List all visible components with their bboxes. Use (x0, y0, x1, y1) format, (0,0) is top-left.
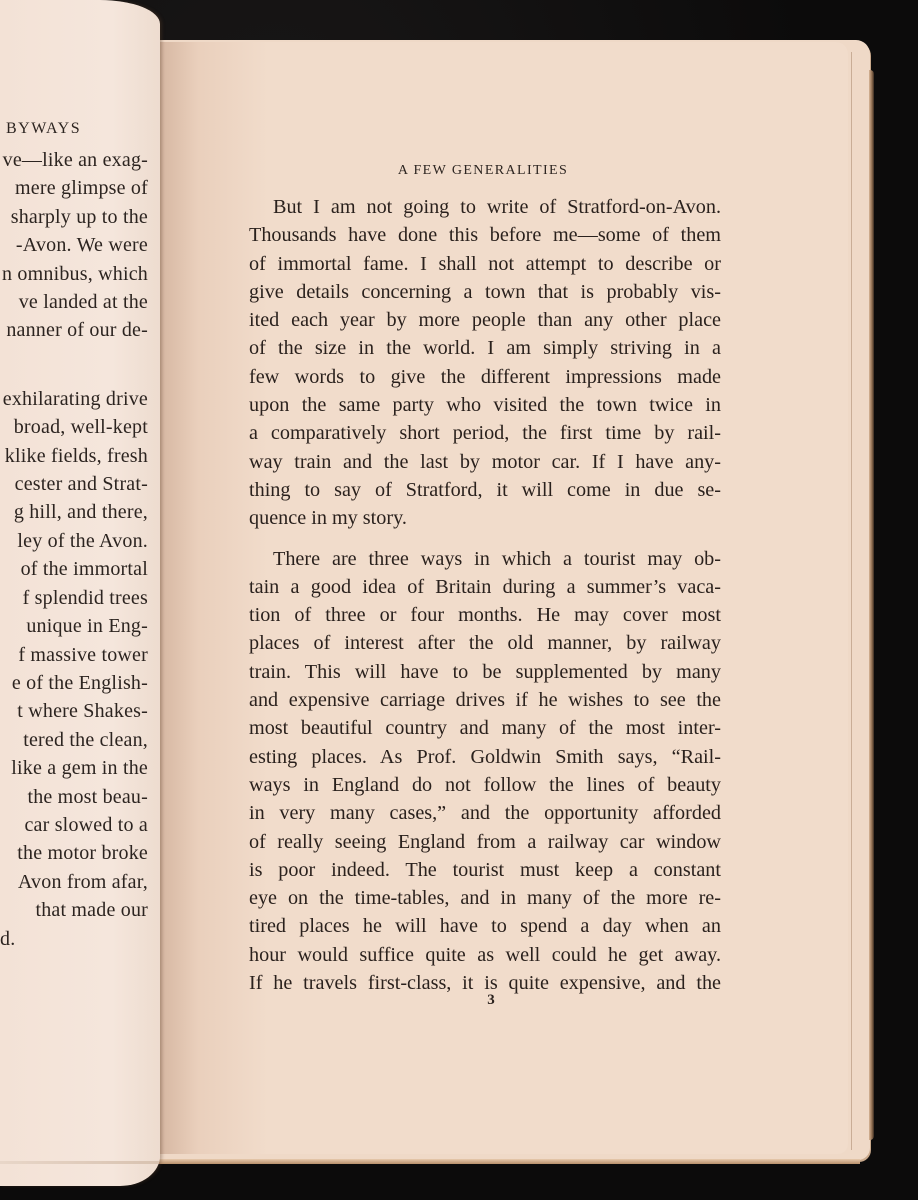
text-line: of immortal fame. I shall not attempt to… (249, 250, 721, 278)
running-head-right: A FEW GENERALITIES (246, 163, 720, 179)
text-line: hour would suffice quite as well could h… (249, 941, 721, 969)
text-line: tion of three or four months. He may cov… (249, 601, 721, 629)
text-line: f massive tower (0, 641, 148, 669)
text-line: unique in Eng- (0, 612, 148, 640)
text-line: in very many cases,” and the opportunity… (249, 799, 721, 827)
text-line: of the size in the world. I am simply st… (249, 334, 721, 362)
page-edge-line (851, 52, 852, 1150)
text-line: mere glimpse of (0, 174, 148, 202)
text-line: t where Shakes- (0, 697, 148, 725)
paragraph-gap (0, 345, 148, 385)
text-line: ited each year by more people than any o… (249, 306, 721, 334)
text-line: nanner of our de- (0, 316, 148, 344)
text-line: klike fields, fresh (0, 442, 148, 470)
text-line: train. This will have to be supplemented… (249, 658, 721, 686)
text-line: f splendid trees (0, 584, 148, 612)
text-line: tired places he will have to spend a day… (249, 912, 721, 940)
text-line: is poor indeed. The tourist must keep a … (249, 856, 721, 884)
paragraph-1: But I am not going to write of Stratford… (249, 193, 721, 533)
text-line: places of interest after the old manner,… (249, 629, 721, 657)
text-line: n omnibus, which (0, 260, 148, 288)
text-line: car slowed to a (0, 811, 148, 839)
text-line: most beautiful country and many of the m… (249, 714, 721, 742)
text-line: a comparatively short period, the first … (249, 419, 721, 447)
text-line: ve—like an exag- (0, 146, 148, 174)
text-line: ve landed at the (0, 288, 148, 316)
text-line: upon the same party who visited the town… (249, 391, 721, 419)
text-line: sharply up to the (0, 203, 148, 231)
text-line: thing to say of Stratford, it will come … (249, 476, 721, 504)
text-line: way train and the last by motor car. If … (249, 448, 721, 476)
text-line: tain a good idea of Britain during a sum… (249, 573, 721, 601)
left-page-content: BYWAYS ve—like an exag- mere glimpse of … (0, 116, 148, 953)
running-head-left: BYWAYS (0, 120, 148, 146)
text-line: of really seeing England from a railway … (249, 828, 721, 856)
paragraph-2: There are three ways in which a tourist … (249, 545, 721, 998)
text-line: There are three ways in which a tourist … (249, 545, 721, 573)
text-line: that made our (0, 896, 148, 924)
text-line: g hill, and there, (0, 498, 148, 526)
text-line: the most beau- (0, 783, 148, 811)
text-line: like a gem in the (0, 754, 148, 782)
text-line: exhilarating drive (0, 385, 148, 413)
text-line: tered the clean, (0, 726, 148, 754)
text-line: But I am not going to write of Stratford… (249, 193, 721, 221)
text-line: broad, well-kept (0, 413, 148, 441)
left-page-bottom-edge (0, 1161, 160, 1164)
text-line: Avon from afar, (0, 868, 148, 896)
text-line: eye on the time-tables, and in many of t… (249, 884, 721, 912)
right-page-body: But I am not going to write of Stratford… (249, 193, 721, 997)
text-line: give details concerning a town that is p… (249, 278, 721, 306)
text-line: If he travels first-class, it is quite e… (249, 969, 721, 997)
text-line: the motor broke (0, 839, 148, 867)
text-line: quence in my story. (249, 504, 721, 532)
text-line: cester and Strat- (0, 470, 148, 498)
left-page-lines: ve—like an exag- mere glimpse of sharply… (0, 146, 148, 953)
text-line: esting places. As Prof. Goldwin Smith sa… (249, 743, 721, 771)
text-line: and expensive carriage drives if he wish… (249, 686, 721, 714)
text-line: Thousands have done this before me—some … (249, 221, 721, 249)
text-line: e of the English- (0, 669, 148, 697)
text-line: few words to give the different impressi… (249, 363, 721, 391)
page-bottom-edge (158, 1159, 860, 1164)
text-line: -Avon. We were (0, 231, 148, 259)
left-page: BYWAYS ve—like an exag- mere glimpse of … (0, 0, 160, 1186)
text-line: d. (0, 925, 148, 953)
running-head-left-text: BYWAYS (6, 120, 81, 137)
text-line: of the immortal (0, 555, 148, 583)
page-fore-edge (869, 70, 874, 1140)
text-line: ways in England do not follow the lines … (249, 771, 721, 799)
text-line: ley of the Avon. (0, 527, 148, 555)
